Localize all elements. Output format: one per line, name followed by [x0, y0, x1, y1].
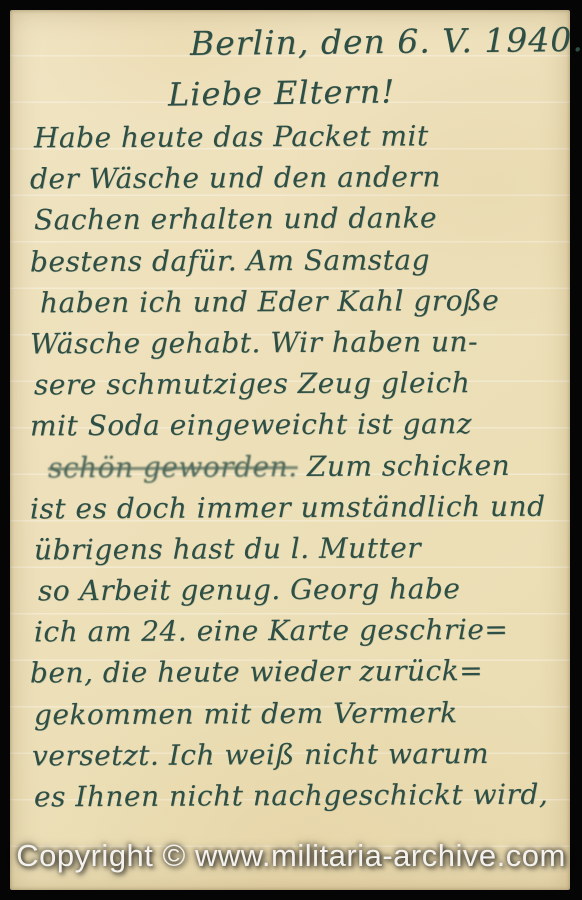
body-line: ben, die heute wieder zurück=	[30, 650, 574, 694]
scanned-letter: Berlin, den 6. V. 1940. Liebe Eltern! Ha…	[0, 0, 582, 900]
copyright-watermark: Copyright © www.militaria-archive.com	[0, 838, 582, 874]
body-line: haben ich und Eder Kahl große	[30, 279, 574, 323]
body-line: so Arbeit genug. Georg habe	[30, 568, 574, 612]
body-line: ich am 24. eine Karte geschrie=	[30, 609, 574, 653]
body-line: es Ihnen nicht nachgeschickt wird,	[30, 774, 574, 818]
body-line-rest: Zum schicken	[297, 448, 510, 482]
dateline: Berlin, den 6. V. 1940.	[190, 20, 582, 63]
body-line: der Wäsche und den andern	[30, 156, 574, 200]
body-line: sere schmutziges Zeug gleich	[30, 362, 574, 406]
body-line: bestens dafür. Am Samstag	[30, 238, 574, 282]
body-line: Wäsche gehabt. Wir haben un-	[30, 321, 574, 365]
body-line: Sachen erhalten und danke	[30, 197, 574, 241]
body-line: gekommen mit dem Vermerk	[30, 691, 574, 735]
body-line: ist es doch immer umständlich und	[30, 485, 574, 529]
body-line: mit Soda eingeweicht ist ganz	[30, 403, 574, 447]
body-line: Habe heute das Packet mit	[30, 115, 574, 159]
letter-body: Habe heute das Packet mit der Wäsche und…	[30, 116, 574, 816]
body-line: übrigens hast du l. Mutter	[30, 526, 574, 570]
smudged-text: schön geworden.	[48, 450, 298, 484]
salutation: Liebe Eltern!	[168, 72, 396, 113]
body-line: schön geworden. Zum schicken	[30, 444, 574, 488]
body-line: versetzt. Ich weiß nicht warum	[30, 732, 574, 776]
